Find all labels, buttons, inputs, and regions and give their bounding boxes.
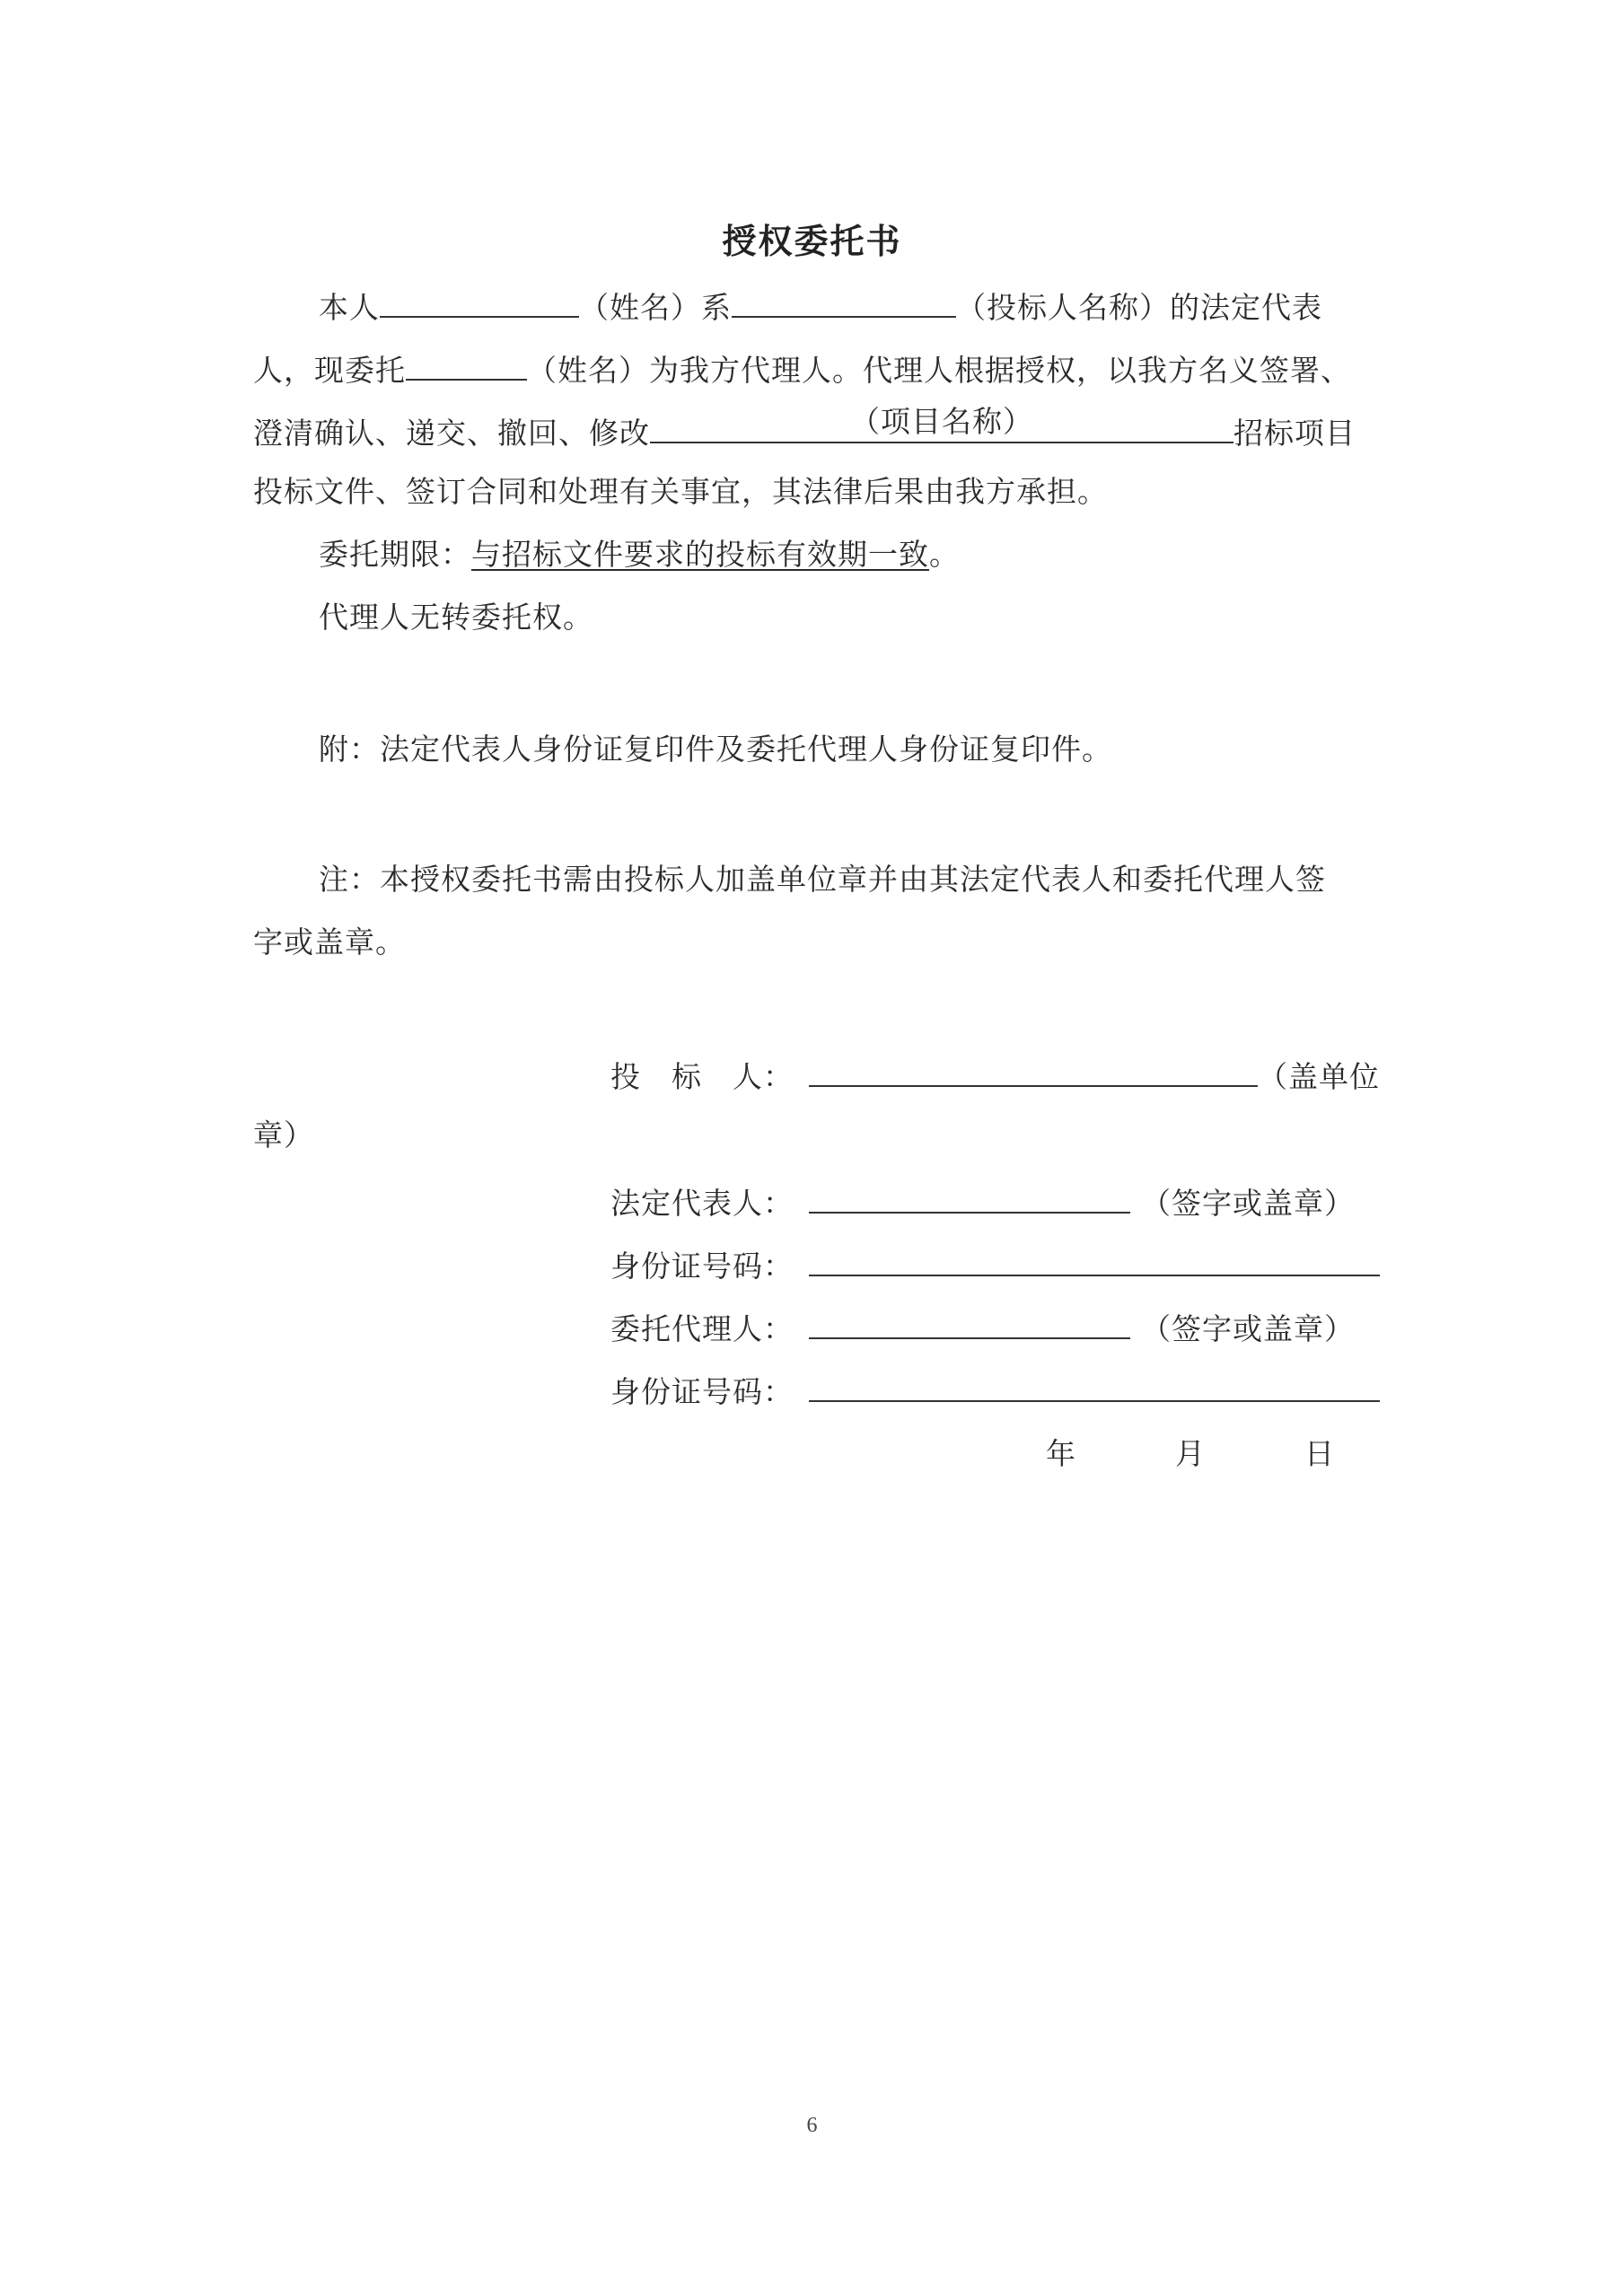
para1-line4: 投标文件、签订合同和处理有关事宜，其法律后果由我方承担。 — [253, 474, 1108, 510]
term-line: 委托期限：与招标文件要求的投标有效期一致。 — [319, 537, 960, 573]
text: （姓名）系 — [579, 290, 732, 325]
note-line1: 注：本授权委托书需由投标人加盖单位章并由其法定代表人和委托代理人签 — [319, 862, 1326, 898]
legal-rep-sign-note: （签字或盖章） — [1141, 1186, 1355, 1221]
text: 招标项目 — [1233, 416, 1356, 451]
name-blank[interactable] — [380, 285, 579, 318]
bidder-signature-row: 投 标 人：（盖单位 — [610, 1056, 1380, 1095]
legal-rep-signature-line[interactable] — [809, 1183, 1130, 1214]
text: （投标人名称）的法定代表 — [956, 290, 1322, 325]
note-line2: 字或盖章。 — [253, 925, 406, 960]
text: （姓名）为我方代理人。代理人根据授权，以我方名义签署、 — [527, 353, 1351, 388]
project-name-placeholder: （项目名称） — [650, 404, 1233, 440]
legal-rep-label: 法定代表人： — [610, 1186, 803, 1222]
date-day: 日 — [1304, 1436, 1335, 1471]
text: 人，现委托 — [253, 353, 406, 388]
id2-line[interactable] — [809, 1371, 1380, 1402]
bidder-seal-note-cont: 章） — [253, 1117, 314, 1153]
date-row: 年月日 — [1046, 1436, 1335, 1472]
term-value: 与招标文件要求的投标有效期一致 — [471, 537, 929, 572]
bidder-signature-line[interactable] — [809, 1056, 1258, 1087]
project-name-blank[interactable]: （项目名称） — [650, 411, 1233, 443]
para1-line1: 本人（姓名）系（投标人名称）的法定代表 — [319, 285, 1322, 326]
term-label: 委托期限： — [319, 537, 471, 572]
bidder-label: 投 标 人： — [610, 1059, 803, 1095]
agent-label: 委托代理人： — [610, 1311, 803, 1347]
agent-row: 委托代理人：（签字或盖章） — [610, 1309, 1355, 1347]
id2-label: 身份证号码： — [610, 1374, 803, 1410]
text: 澄清确认、递交、撤回、修改 — [253, 416, 650, 451]
document-page: 授权委托书 本人（姓名）系（投标人名称）的法定代表 人，现委托（姓名）为我方代理… — [0, 0, 1624, 2296]
id1-row: 身份证号码： — [610, 1246, 1380, 1284]
no-subdelegation: 代理人无转委托权。 — [319, 600, 593, 635]
agent-sign-note: （签字或盖章） — [1141, 1311, 1355, 1346]
legal-rep-row: 法定代表人：（签字或盖章） — [610, 1183, 1355, 1222]
attachment-note: 附：法定代表人身份证复印件及委托代理人身份证复印件。 — [319, 732, 1112, 767]
text: 。 — [929, 537, 960, 572]
date-year: 年 — [1046, 1436, 1076, 1471]
id1-label: 身份证号码： — [610, 1249, 803, 1284]
text: 本人 — [319, 290, 380, 325]
para1-line3: 澄清确认、递交、撤回、修改（项目名称）招标项目 — [253, 411, 1356, 451]
agent-signature-line[interactable] — [809, 1309, 1130, 1339]
bidder-seal-note: （盖单位 — [1258, 1059, 1380, 1094]
para1-line2: 人，现委托（姓名）为我方代理人。代理人根据授权，以我方名义签署、 — [253, 348, 1351, 389]
agent-name-blank[interactable] — [406, 348, 527, 381]
document-title: 授权委托书 — [0, 214, 1624, 263]
date-month: 月 — [1175, 1436, 1206, 1471]
bidder-name-blank[interactable] — [732, 285, 956, 318]
page-number: 6 — [0, 2114, 1624, 2138]
id1-line[interactable] — [809, 1246, 1380, 1276]
id2-row: 身份证号码： — [610, 1371, 1380, 1410]
